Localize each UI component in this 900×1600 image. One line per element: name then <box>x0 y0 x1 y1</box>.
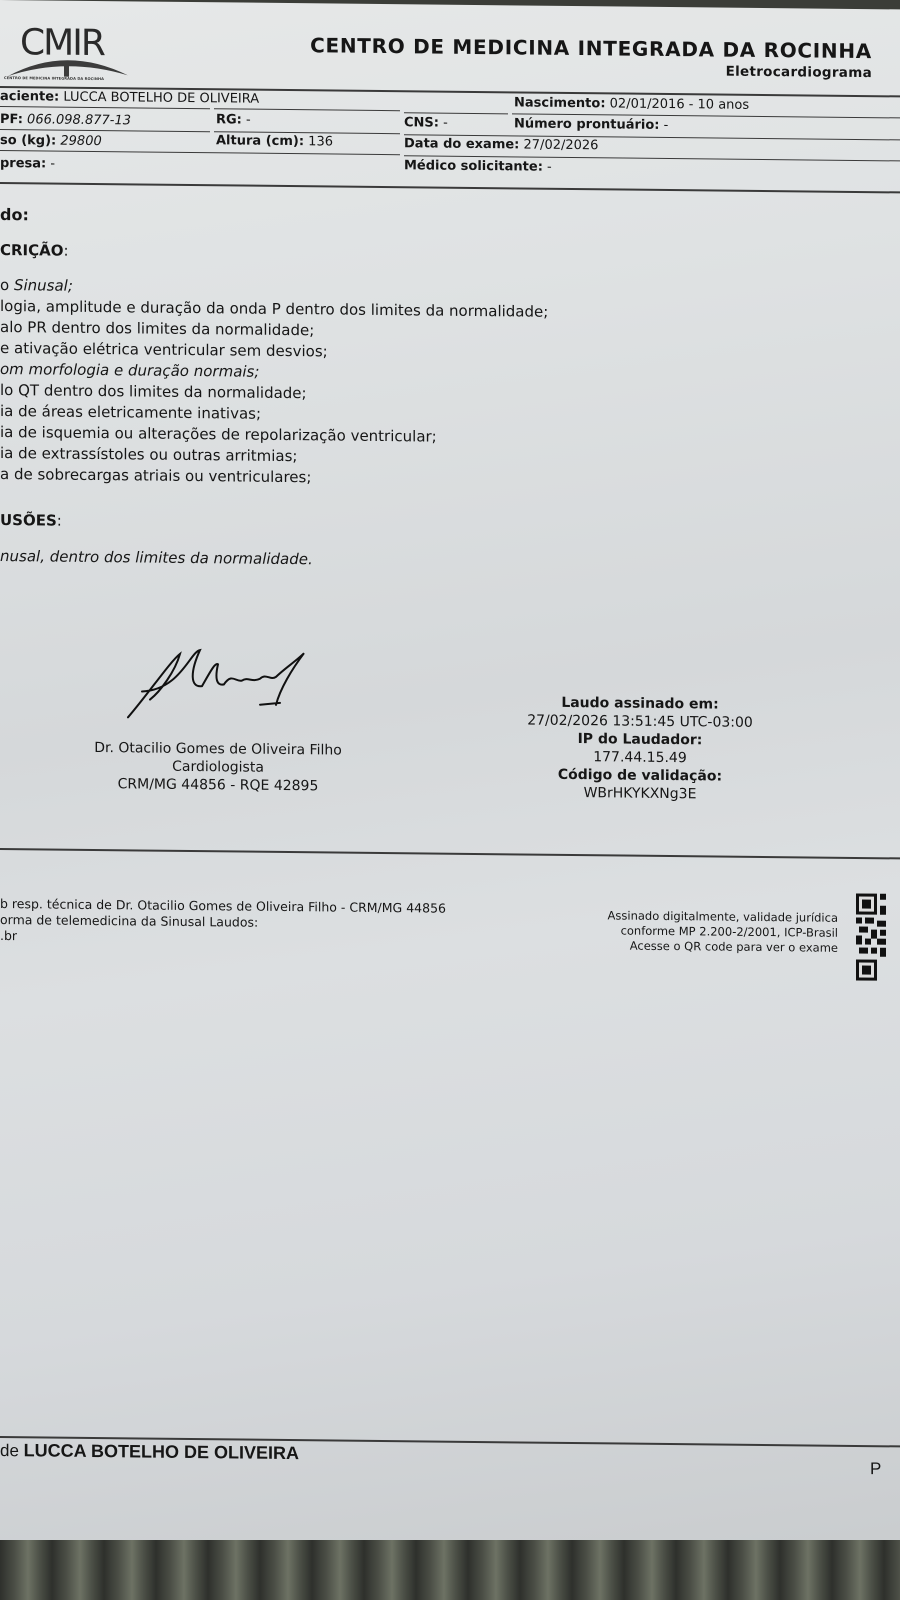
signed-at: 27/02/2026 13:51:45 UTC-03:00 <box>490 711 790 732</box>
digital-signature-notice: Assinado digitalmente, validade jurídica… <box>560 908 838 956</box>
qr-code-icon[interactable] <box>856 893 886 981</box>
technical-responsibility: b resp. técnica de Dr. Otacilio Gomes de… <box>0 896 446 949</box>
report-heading: do: <box>0 205 29 224</box>
requesting-doctor-field: Médico solicitante: - <box>404 158 552 175</box>
height-field: Altura (cm): 136 <box>216 133 333 149</box>
ecg-report-document: CMIR CENTRO DE MEDICINA INTEGRADA DA ROC… <box>0 0 900 1557</box>
exam-date-field: Data do exame: 27/02/2026 <box>404 136 598 153</box>
cns-field: CNS: - <box>404 115 448 130</box>
exam-type: Eletrocardiograma <box>726 64 872 82</box>
background-surface <box>0 1540 900 1600</box>
cpf-field: PF: 066.098.877-13 <box>0 112 131 128</box>
page-number: P <box>870 1459 881 1479</box>
description-title: CRIÇÃO: <box>0 241 69 260</box>
company-field: presa: - <box>0 156 55 172</box>
divider <box>0 182 900 193</box>
validation-code: WBrHKYKXNg3E <box>490 783 790 804</box>
weight-field: so (kg): 29800 <box>0 133 102 149</box>
birth-date-field: Nascimento: 02/01/2016 - 10 anos <box>514 95 749 112</box>
cmir-logo: CMIR CENTRO DE MEDICINA INTEGRADA DA ROC… <box>4 22 134 87</box>
record-number-field: Número prontuário: - <box>514 116 668 133</box>
conclusions-title: USÕES: <box>0 511 62 530</box>
description-list: o Sinusal;logia, amplitude e duração da … <box>0 275 700 492</box>
divider <box>404 112 508 114</box>
doctor-info: Dr. Otacilio Gomes de Oliveira Filho Car… <box>68 739 368 796</box>
doctor-name: Dr. Otacilio Gomes de Oliveira Filho <box>68 739 368 760</box>
divider <box>0 129 210 132</box>
signature-metadata: Laudo assinado em: 27/02/2026 13:51:45 U… <box>490 693 790 804</box>
doctor-registration: CRM/MG 44856 - RQE 42895 <box>68 775 368 796</box>
divider <box>214 108 400 111</box>
rg-field: RG: - <box>216 112 251 127</box>
clinic-name: CENTRO DE MEDICINA INTEGRADA DA ROCINHA <box>310 33 872 63</box>
patient-name-field: aciente: LUCCA BOTELHO DE OLIVEIRA <box>0 89 259 107</box>
page-footer-patient: de LUCCA BOTELHO DE OLIVEIRA <box>0 1440 299 1464</box>
divider <box>0 848 900 859</box>
conclusion-text: nusal, dentro dos limites da normalidade… <box>0 547 313 568</box>
divider <box>0 106 210 109</box>
divider <box>0 150 400 155</box>
logo-subtitle: CENTRO DE MEDICINA INTEGRADA DA ROCINHA <box>4 76 104 81</box>
doctor-signature <box>120 641 310 723</box>
